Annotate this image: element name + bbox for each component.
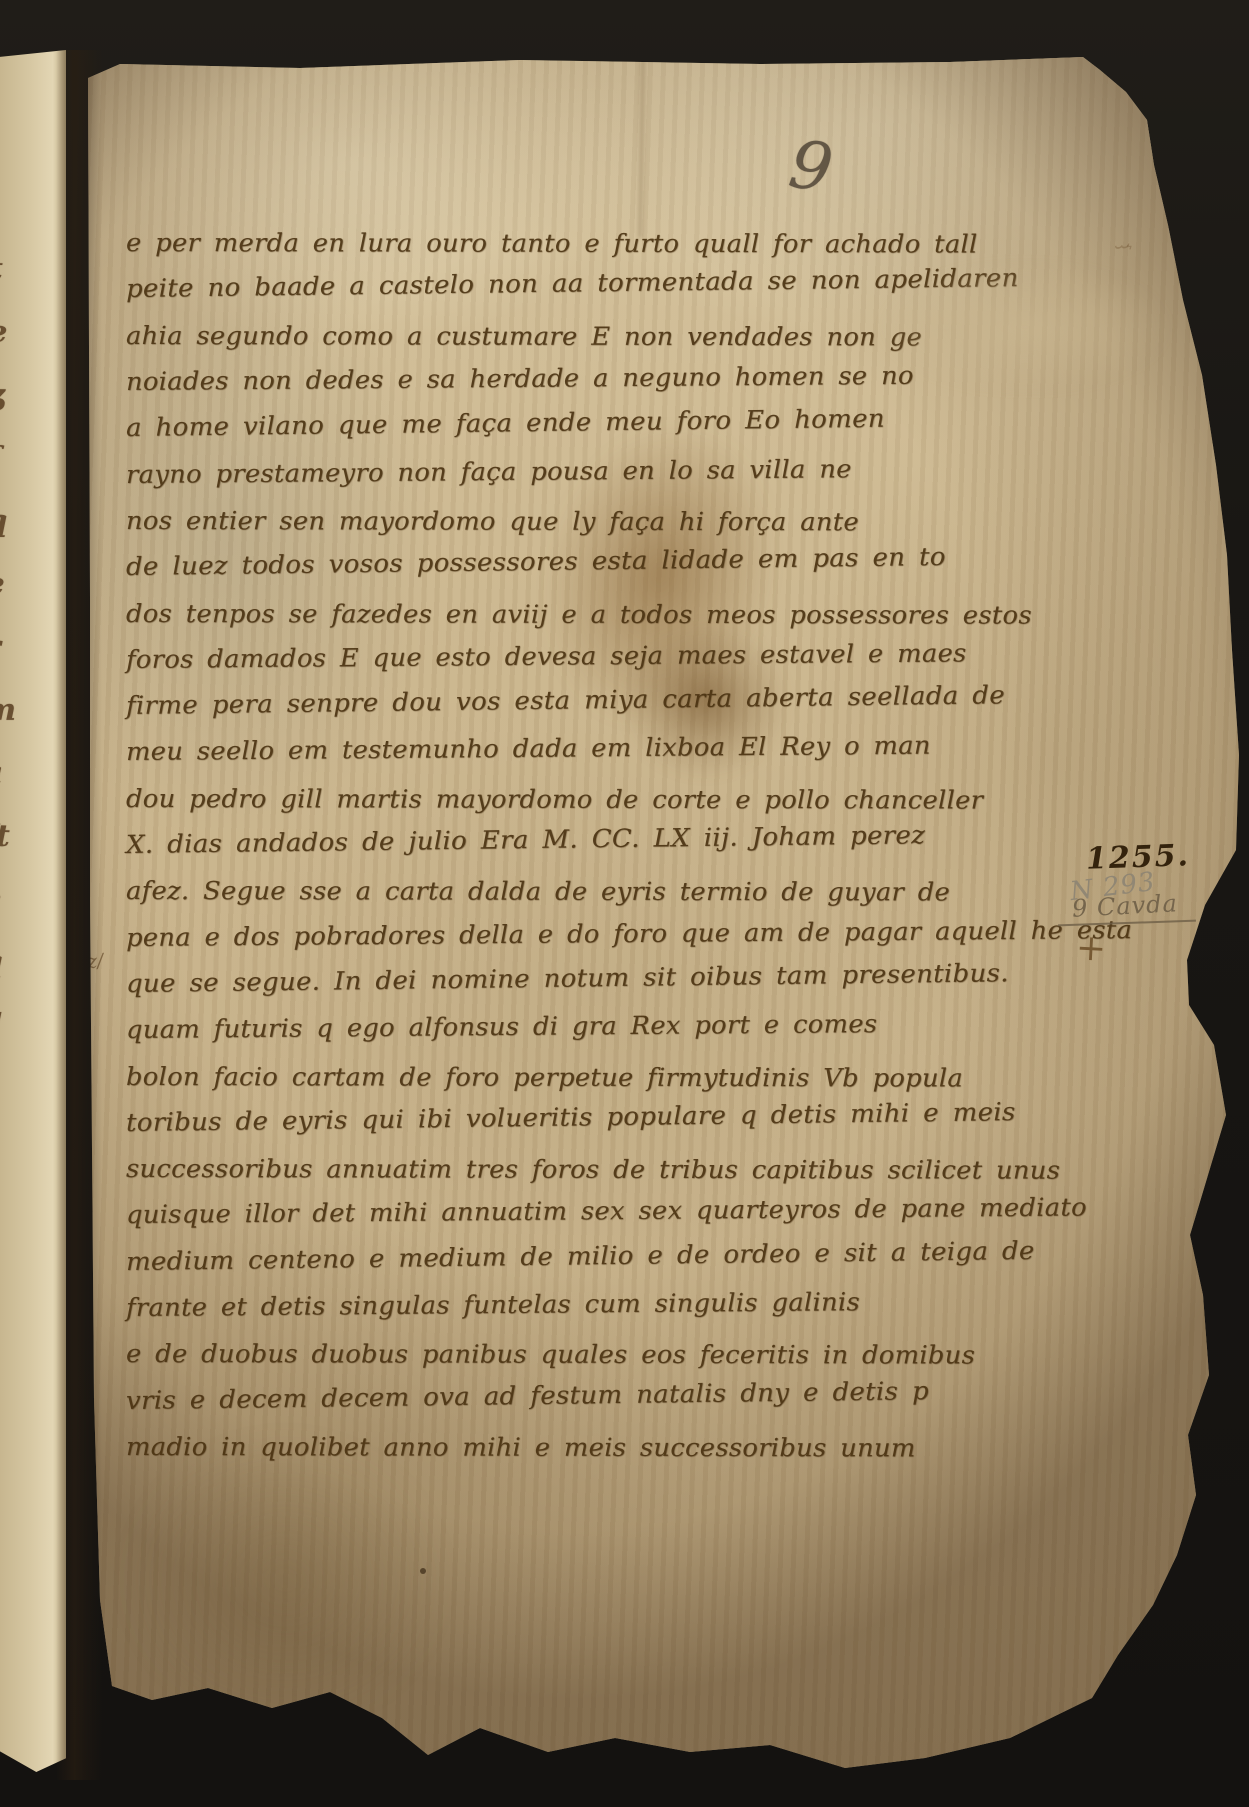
text-line: nos entier sen mayordomo que ly faça hi … (126, 504, 1135, 540)
text-line: e per merda en lura ouro tanto e furto q… (126, 226, 1135, 262)
text-line: afez. Segue sse a carta dalda de eyris t… (126, 874, 1135, 910)
text-line: bolon facio cartam de foro perpetue firm… (126, 1060, 1135, 1096)
stain (120, 1430, 450, 1730)
text-line: madio in quolibet anno mihi e meis succe… (126, 1430, 1135, 1466)
text-line: successoribus annuatim tres foros de tri… (126, 1152, 1135, 1188)
parchment-folio: 9 e per merda en lura ouro tanto e furto… (0, 0, 1249, 1807)
ink-showthrough: ᷓ ͛ (1117, 238, 1131, 272)
cut-off-text-fragments: t e ʒ ſ q e r m a ſt e q d ʒ e ſ (0, 238, 59, 1247)
faded-ink-patch (880, 262, 1170, 392)
quire-annotation: 9 Cavda (1071, 889, 1178, 922)
text-line: dos tenpos se fazedes en aviij e a todos… (126, 597, 1135, 633)
binding-hole (76, 1372, 85, 1381)
cross-mark: + (1075, 927, 1107, 970)
text-line: dou pedro gill martis mayordomo de corte… (126, 782, 1135, 818)
ink-speckle (420, 1568, 426, 1574)
previous-folio-edge: t e ʒ ſ q e r m a ſt e q d ʒ e ſ (0, 50, 66, 1772)
text-line: e de duobus duobus panibus quales eos fe… (126, 1337, 1135, 1373)
manuscript-photo: t e ʒ ſ q e r m a ſt e q d ʒ e ſ 9 e per… (0, 0, 1249, 1807)
